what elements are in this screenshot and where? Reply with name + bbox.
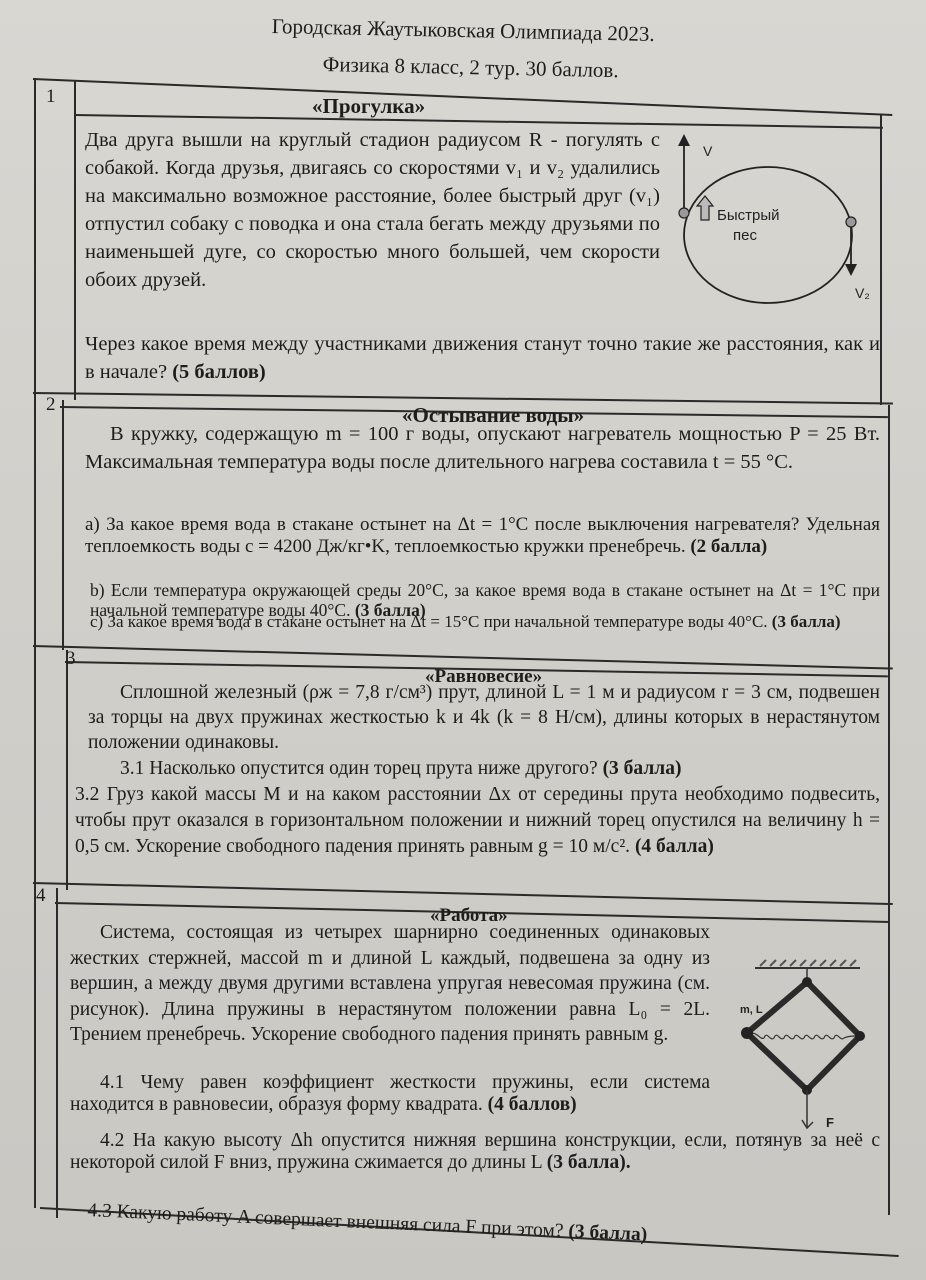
friend2-icon — [846, 217, 856, 227]
friend1-icon — [679, 208, 689, 218]
question-4-2: 4.2 На какую высоту Δh опустится нижняя … — [70, 1130, 880, 1174]
problem-statement: Сплошной железный (ρж = 7,8 г/см³) прут,… — [88, 680, 880, 755]
question-text: 4.3 Какую работу A совершает внешняя сил… — [87, 1200, 564, 1242]
part-a: a) За какое время вода в стакане остынет… — [85, 514, 880, 558]
right-border-2 — [888, 405, 890, 1215]
points-badge: (3 балла) — [772, 612, 841, 631]
problem-statement: Система, состоящая из четырех шарнирно с… — [70, 920, 710, 1048]
problem-question: Через какое время между участниками движ… — [85, 330, 880, 386]
svg-text:V₂: V₂ — [855, 285, 870, 301]
points-badge: (5 баллов) — [172, 361, 266, 383]
problem-number: 2 — [46, 394, 56, 416]
points-badge: (3 балла). — [547, 1152, 631, 1173]
olympiad-sheet: Городская Жаутыковская Олимпиада 2023. Ф… — [0, 0, 926, 1280]
spring-icon — [752, 1033, 856, 1039]
question-3-1: 3.1 Насколько опустится один торец прута… — [88, 756, 880, 781]
points-badge: (4 балла) — [635, 836, 714, 857]
problem-title: «Прогулка» — [312, 94, 425, 119]
points-badge: (2 балла) — [690, 536, 767, 557]
problem-number: 3 — [66, 648, 76, 670]
question-4-1: 4.1 Чему равен коэффициент жесткости пру… — [70, 1072, 710, 1116]
num-col-border-3 — [66, 650, 68, 890]
question-text: 4.2 На какую высоту Δh опустится нижняя … — [70, 1130, 880, 1173]
part-c: c) За какое время вода в стакане остынет… — [90, 612, 880, 631]
stadium-track — [684, 167, 852, 303]
problem-statement: Два друга вышли на круглый стадион радиу… — [85, 126, 660, 294]
olympiad-title: Городская Жаутыковская Олимпиада 2023. — [271, 14, 654, 47]
num-col-border-2 — [62, 400, 64, 650]
stadium-figure: V Быстрый пес V₂ — [665, 130, 885, 305]
problem-number: 1 — [46, 86, 56, 108]
question-3-2: 3.2 Груз какой массы M и на каком рассто… — [75, 782, 880, 860]
points-badge: (3 балла) — [568, 1221, 648, 1245]
svg-text:F: F — [826, 1115, 834, 1130]
problem-statement: В кружку, содержащую m = 100 г воды, опу… — [85, 420, 880, 476]
points-badge: (3 балла) — [603, 758, 682, 779]
num-col-border-4 — [56, 888, 58, 1218]
svg-text:V: V — [703, 143, 713, 159]
question-text: 3.1 Насколько опустится один торец прута… — [120, 758, 598, 779]
problem-number: 4 — [36, 885, 46, 907]
dog-direction-icon — [697, 196, 713, 220]
rod-square-icon — [747, 982, 860, 1090]
row-divider-3-4 — [33, 882, 893, 905]
svg-text:Быстрый: Быстрый — [717, 207, 780, 224]
points-badge: (4 баллов) — [488, 1094, 577, 1115]
rods-spring-figure: m, L F — [730, 950, 880, 1135]
part-c-text: c) За какое время вода в стакане остынет… — [90, 612, 768, 631]
question-text: 4.1 Чему равен коэффициент жесткости пру… — [70, 1072, 710, 1115]
svg-text:пес: пес — [733, 227, 757, 244]
question-4-3: 4.3 Какую работу A совершает внешняя сил… — [87, 1200, 877, 1256]
num-col-border-1 — [74, 80, 76, 400]
svg-text:m, L: m, L — [740, 1004, 763, 1016]
olympiad-subtitle: Физика 8 класс, 2 тур. 30 баллов. — [322, 52, 618, 83]
question-text: 3.2 Груз какой массы M и на каком рассто… — [75, 784, 880, 857]
left-border — [34, 78, 36, 1208]
row-divider-top — [33, 78, 892, 116]
